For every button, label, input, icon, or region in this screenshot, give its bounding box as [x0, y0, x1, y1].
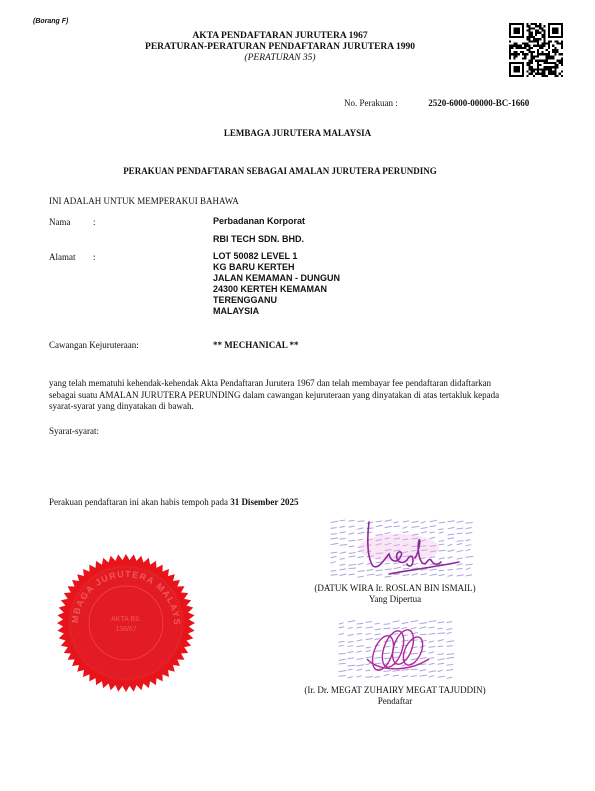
name-label: Nama: [49, 217, 71, 227]
official-seal-icon: LEMBAGA JURUTERA MALAYSIA AKTA BIL 138/6…: [56, 553, 196, 693]
certification-body-text: yang telah mematuhi kehendak-kehendak Ak…: [49, 378, 509, 413]
regulation-number: (PERATURAN 35): [80, 53, 480, 64]
expiry-prefix: Perakuan pendaftaran ini akan habis temp…: [49, 497, 228, 507]
form-tag: (Borang F): [33, 18, 68, 25]
certify-statement: INI ADALAH UNTUK MEMPERAKUI BAHAWA: [49, 196, 239, 206]
branch-label: Cawangan Kejuruteraan:: [49, 340, 139, 350]
address-line: MALAYSIA: [213, 306, 340, 317]
board-name: LEMBAGA JURUTERA MALAYSIA: [0, 128, 595, 138]
address-colon: :: [93, 252, 96, 262]
address-line: TERENGGANU: [213, 295, 340, 306]
certificate-number-value: 2520-6000-00000-BC-1660: [428, 98, 529, 108]
expiry-statement: Perakuan pendaftaran ini akan habis temp…: [49, 497, 299, 507]
address-line: LOT 50082 LEVEL 1: [213, 251, 340, 262]
act-title: AKTA PENDAFTARAN JURUTERA 1967: [80, 31, 480, 42]
registrar-signature-icon: [337, 619, 455, 679]
registrar-name: (Ir. Dr. MEGAT ZUHAIRY MEGAT TAJUDDIN): [270, 685, 520, 696]
president-name: (DATUK WIRA Ir. ROSLAN BIN ISMAIL): [270, 583, 520, 594]
certificate-title: PERAKUAN PENDAFTARAN SEBAGAI AMALAN JURU…: [0, 166, 560, 176]
address-line: 24300 KERTEH KEMAMAN: [213, 284, 340, 295]
registrar-signatory: (Ir. Dr. MEGAT ZUHAIRY MEGAT TAJUDDIN) P…: [270, 685, 520, 707]
president-signature-icon: [329, 518, 475, 578]
address-line: JALAN KEMAMAN - DUNGUN: [213, 273, 340, 284]
branch-value: ** MECHANICAL **: [213, 340, 299, 350]
document-header: AKTA PENDAFTARAN JURUTERA 1967 PERATURAN…: [80, 31, 480, 64]
president-signatory: (DATUK WIRA Ir. ROSLAN BIN ISMAIL) Yang …: [270, 583, 520, 605]
conditions-label: Syarat-syarat:: [49, 426, 99, 436]
regulation-title: PERATURAN-PERATURAN PENDAFTARAN JURUTERA…: [80, 42, 480, 53]
address-block: LOT 50082 LEVEL 1 KG BARU KERTEH JALAN K…: [213, 251, 340, 317]
certificate-number-label: No. Perakuan :: [344, 98, 426, 108]
name-colon: :: [93, 217, 96, 227]
address-label: Alamat: [49, 252, 76, 262]
registrar-title: Pendaftar: [270, 696, 520, 707]
certificate-number: No. Perakuan : 2520-6000-00000-BC-1660: [344, 98, 529, 108]
seal-inner-line1: AKTA BIL: [111, 616, 141, 623]
company-name: RBI TECH SDN. BHD.: [213, 234, 304, 245]
address-line: KG BARU KERTEH: [213, 262, 340, 273]
qr-code-icon: [509, 23, 563, 77]
expiry-date: 31 Disember 2025: [230, 497, 298, 507]
president-title: Yang Dipertua: [270, 594, 520, 605]
entity-type: Perbadanan Korporat: [213, 216, 305, 227]
seal-inner-line2: 138/67: [115, 626, 137, 633]
